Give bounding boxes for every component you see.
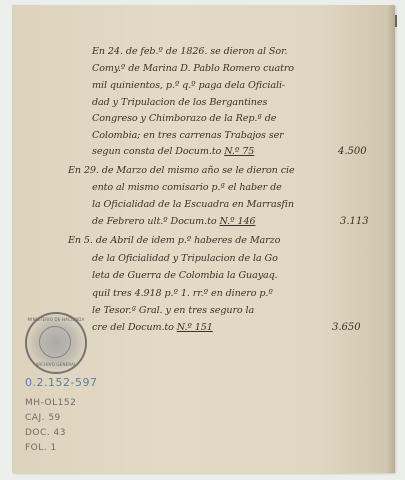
entry-2-amount: 3.113 xyxy=(340,216,369,227)
entry-1-line-4: dad y Tripulacion de los Bergantines xyxy=(92,97,267,108)
entry-3-line-4: quil tres 4.918 p.º 1. rr.º en dinero p.… xyxy=(92,288,273,299)
entry-2-line-1: En 29. de Marzo del mismo año se le dier… xyxy=(68,165,295,176)
entry-1-line-2: Comy.º de Marina D. Pablo Romero cuatro xyxy=(92,63,294,74)
entry-1-line-6: Colombia; en tres carrenas Trabajos ser xyxy=(92,130,284,141)
entry-1-doc-ref: N.º 75 xyxy=(224,146,254,157)
entry-3-doc-label: cre del Docum.to xyxy=(92,322,174,333)
archive-label-box: CAJ. 59 xyxy=(25,413,61,423)
archive-seal-stamp: MINISTERIO DE HACIENDA ARCHIVO GENERAL xyxy=(25,312,87,374)
entry-2-doc-label: de Febrero ult.º Docum.to xyxy=(92,216,217,227)
coat-of-arms-icon xyxy=(39,326,71,358)
entry-3-line-2: de la Oficialidad y Tripulacion de la Go xyxy=(92,253,278,264)
entry-2-line-4: de Febrero ult.º Docum.to N.º 146 xyxy=(92,216,255,227)
entry-3-line-5: le Tesor.ª Gral. y en tres seguro la xyxy=(92,305,254,316)
entry-3-doc-ref: N.º 151 xyxy=(177,322,213,333)
entry-1-line-5: Congreso y Chimborazo de la Rep.ª de xyxy=(92,113,276,124)
archive-label-doc: DOC. 43 xyxy=(25,428,66,438)
archive-label-series: MH-OL152 xyxy=(25,398,76,408)
seal-top-text: MINISTERIO DE HACIENDA xyxy=(27,317,85,322)
entry-3-line-3: leta de Guerra de Colombia la Guayaq. xyxy=(92,270,278,281)
entry-3-line-1: En 5. de Abril de idem p.º haberes de Ma… xyxy=(68,235,280,246)
edge-mark xyxy=(395,15,397,27)
entry-3-line-6: cre del Docum.to N.º 151 xyxy=(92,322,213,333)
entry-1-amount: 4.500 xyxy=(338,146,367,157)
entry-1-line-7: segun consta del Docum.to N.º 75 xyxy=(92,146,254,157)
archive-label-folio: FOL. 1 xyxy=(25,443,57,453)
entry-2-line-2: ento al mismo comisario p.ª el haber de xyxy=(92,182,282,193)
entry-2-line-3: la Oficialidad de la Escuadra en Marrasf… xyxy=(92,199,294,210)
seal-bottom-text: ARCHIVO GENERAL xyxy=(27,362,85,367)
entry-1-line-1: En 24. de feb.º de 1826. se dieron al So… xyxy=(92,46,287,57)
entry-1-line-3: mil quinientos, p.º q.º paga dela Oficia… xyxy=(92,80,285,91)
entry-1-doc-label: segun consta del Docum.to xyxy=(92,146,221,157)
entry-3-amount: 3.650 xyxy=(332,322,361,333)
entry-2-doc-ref: N.º 146 xyxy=(219,216,255,227)
archive-code: 0.2.152-597 xyxy=(25,376,97,389)
